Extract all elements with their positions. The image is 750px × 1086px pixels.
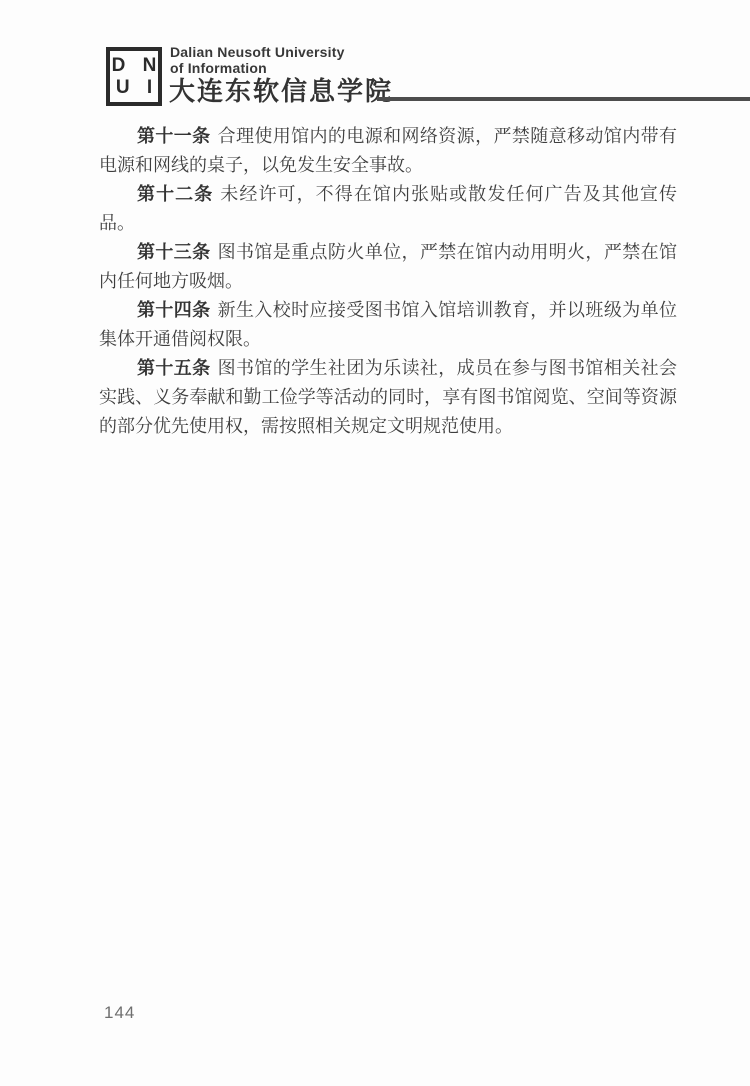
article-number-14: 第十四条 (137, 300, 211, 320)
article-paragraph-13: 第十三条图书馆是重点防火单位，严禁在馆内动用明火，严禁在馆内任何地方吸烟。 (99, 238, 677, 296)
document-page: D N U I Dalian Neusoft University of Inf… (0, 0, 750, 1086)
article-paragraph-12: 第十二条未经许可，不得在馆内张贴或散发任何广告及其他宣传品。 (99, 180, 677, 238)
article-paragraph-14: 第十四条新生入校时应接受图书馆入馆培训教育，并以班级为单位集体开通借阅权限。 (99, 296, 677, 354)
article-paragraph-11: 第十一条合理使用馆内的电源和网络资源，严禁随意移动馆内带有电源和网线的桌子，以免… (99, 122, 677, 180)
university-name-zh: 大连东软信息学院 (169, 76, 393, 106)
article-number-12: 第十二条 (137, 184, 213, 204)
university-name-en-line1: Dalian Neusoft University (170, 44, 345, 60)
dnui-logo-icon: D N U I (106, 47, 162, 106)
article-paragraph-15: 第十五条图书馆的学生社团为乐读社，成员在参与图书馆相关社会实践、义务奉献和勤工俭… (99, 354, 677, 441)
university-name-en-line2: of Information (170, 60, 345, 76)
logo-monogram-row-1: D N (106, 55, 163, 77)
logo-monogram-row-2: U I (110, 77, 158, 99)
header-rule-line (377, 97, 750, 101)
university-name-en: Dalian Neusoft University of Information (170, 44, 345, 76)
page-number: 144 (104, 1003, 135, 1023)
document-body: 第十一条合理使用馆内的电源和网络资源，严禁随意移动馆内带有电源和网线的桌子，以免… (99, 122, 677, 441)
article-number-11: 第十一条 (137, 126, 211, 146)
article-number-13: 第十三条 (137, 242, 211, 262)
article-number-15: 第十五条 (137, 358, 211, 378)
